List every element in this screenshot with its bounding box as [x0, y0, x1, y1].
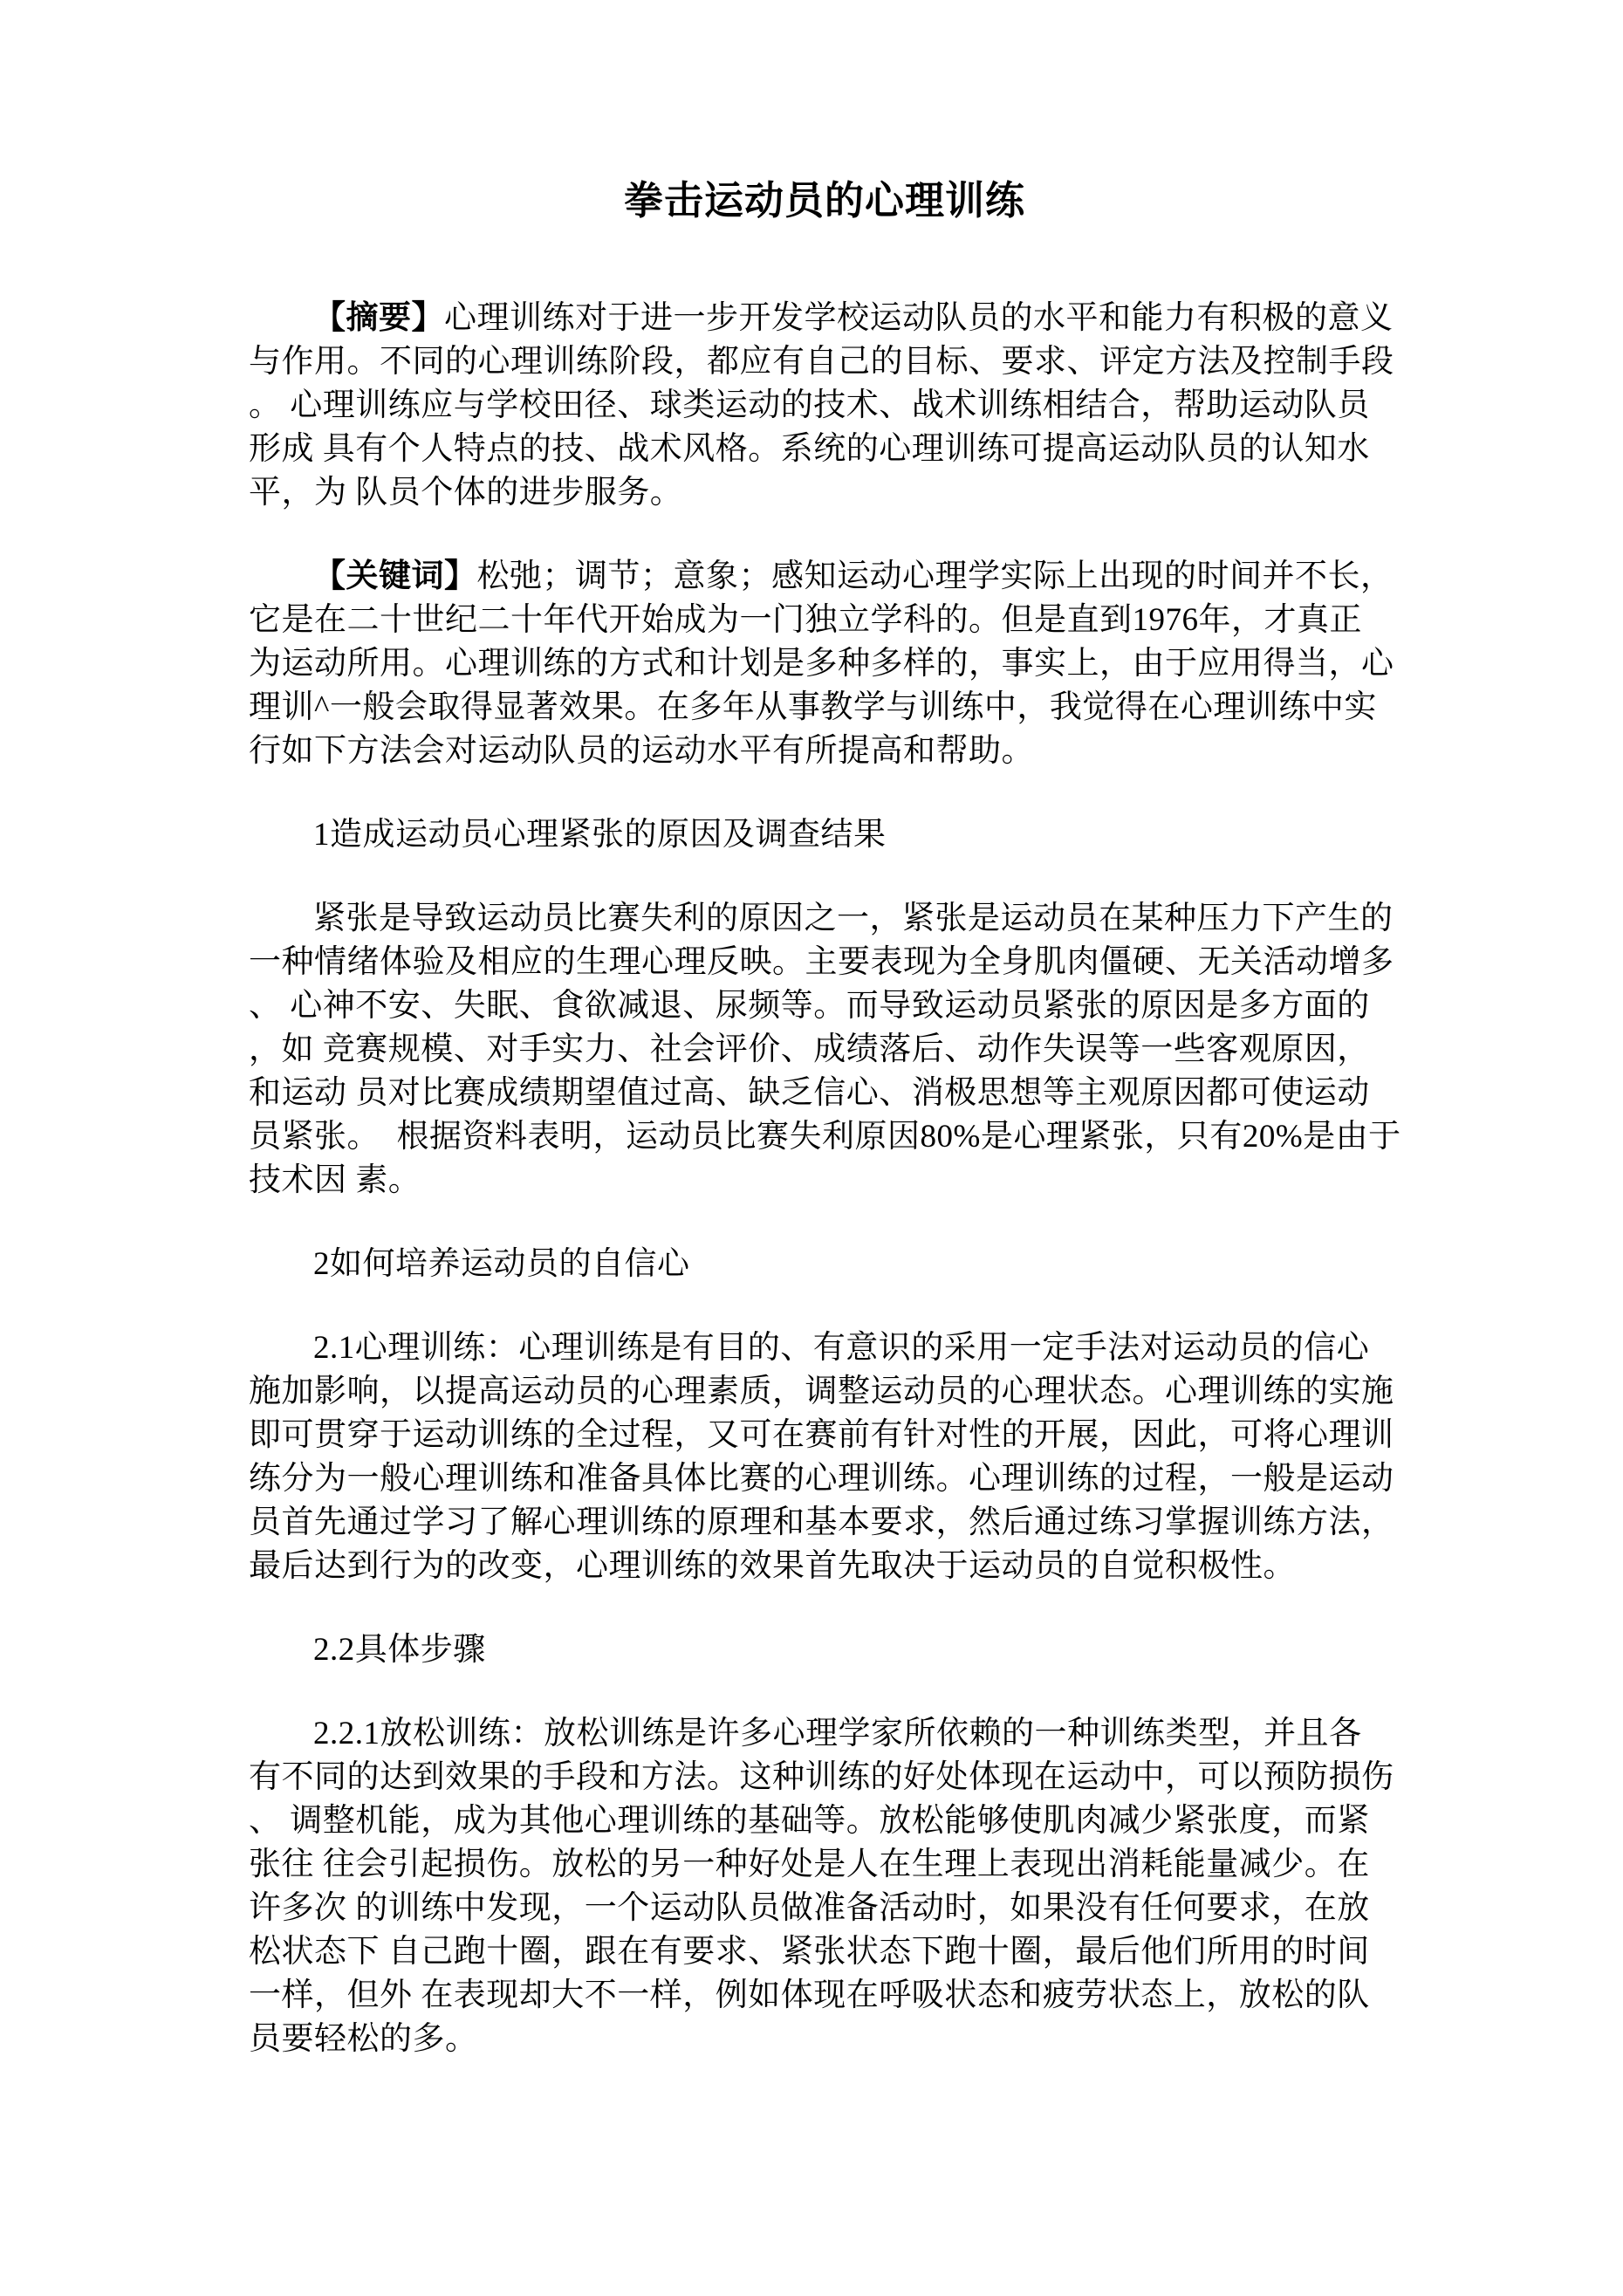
text-line: 一样，但外 在表现却大不一样，例如体现在呼吸状态和疲劳状态上，放松的队 — [249, 1974, 1400, 2018]
text-line: ，如 竞赛规模、对手实力、社会评价、成绩落后、动作失误等一些客观原因， — [249, 1028, 1400, 1072]
paragraph: 2.2.1放松训练：放松训练是许多心理学家所依赖的一种训练类型，并且各有不同的达… — [249, 1712, 1400, 2061]
text-line: 和运动 员对比赛成绩期望值过高、缺乏信心、消极思想等主观原因都可使运动 — [249, 1072, 1400, 1115]
text-line: 理训^一般会取得显著效果。在多年从事教学与训练中，我觉得在心理训练中实 — [249, 686, 1400, 730]
text-line: 【摘要】心理训练对于进一步开发学校运动队员的水平和能力有积极的意义 — [249, 297, 1400, 340]
text-line: 施加影响，以提高运动员的心理素质，调整运动员的心理状态。心理训练的实施 — [249, 1370, 1400, 1414]
text-line: 即可贯穿于运动训练的全过程，又可在赛前有针对性的开展，因此，可将心理训 — [249, 1414, 1400, 1457]
text-line: 技术因 素。 — [249, 1159, 1400, 1203]
text-line: 松状态下 自己跑十圈，跟在有要求、紧张状态下跑十圈，最后他们所用的时间 — [249, 1930, 1400, 1974]
section-heading: 1造成运动员心理紧张的原因及调查结果 — [249, 813, 1400, 857]
text-line: 2.2具体步骤 — [249, 1628, 1400, 1672]
text-line: 、 调整机能，成为其他心理训练的基础等。放松能够使肌肉减少紧张度，而紧 — [249, 1799, 1400, 1843]
text-line: 最后达到行为的改变，心理训练的效果首先取决于运动员的自觉积极性。 — [249, 1545, 1400, 1588]
text-line: 练分为一般心理训练和准备具体比赛的心理训练。心理训练的过程，一般是运动 — [249, 1457, 1400, 1501]
text-line: 【关键词】松弛；调节；意象；感知运动心理学实际上出现的时间并不长， — [249, 555, 1400, 599]
text-line: 员首先通过学习了解心理训练的原理和基本要求，然后通过练习掌握训练方法， — [249, 1501, 1400, 1545]
text-line: 形成 具有个人特点的技、战术风格。系统的心理训练可提高运动队员的认知水 — [249, 428, 1400, 471]
text-line: 员要轻松的多。 — [249, 2018, 1400, 2061]
text-line: 员紧张。 根据资料表明，运动员比赛失利原因80%是心理紧张，只有20%是由于 — [249, 1115, 1400, 1159]
text-line: 许多次 的训练中发现，一个运动队员做准备活动时，如果没有任何要求，在放 — [249, 1887, 1400, 1930]
section-heading: 2如何培养运动员的自信心 — [249, 1243, 1400, 1286]
text-line: 行如下方法会对运动队员的运动水平有所提高和帮助。 — [249, 730, 1400, 773]
text-line: 有不同的达到效果的手段和方法。这种训练的好处体现在运动中，可以预防损伤 — [249, 1756, 1400, 1799]
text-line: 2.2.1放松训练：放松训练是许多心理学家所依赖的一种训练类型，并且各 — [249, 1712, 1400, 1756]
paragraph: 【摘要】心理训练对于进一步开发学校运动队员的水平和能力有积极的意义与作用。不同的… — [249, 297, 1400, 515]
document-body: 【摘要】心理训练对于进一步开发学校运动队员的水平和能力有积极的意义与作用。不同的… — [249, 297, 1400, 2061]
text-line: 与作用。不同的心理训练阶段，都应有自己的目标、要求、评定方法及控制手段 — [249, 340, 1400, 384]
text-line: 为运动所用。心理训练的方式和计划是多种多样的，事实上，由于应用得当，心 — [249, 642, 1400, 686]
text-line: 紧张是导致运动员比赛失利的原因之一，紧张是运动员在某种压力下产生的 — [249, 897, 1400, 941]
paragraph: 【关键词】松弛；调节；意象；感知运动心理学实际上出现的时间并不长，它是在二十世纪… — [249, 555, 1400, 773]
paragraph: 2.1心理训练：心理训练是有目的、有意识的采用一定手法对运动员的信心施加影响，以… — [249, 1326, 1400, 1588]
text-line: 平，为 队员个体的进步服务。 — [249, 471, 1400, 515]
text-line: 1造成运动员心理紧张的原因及调查结果 — [249, 813, 1400, 857]
text-line: 、 心神不安、失眠、食欲减退、尿频等。而导致运动员紧张的原因是多方面的 — [249, 984, 1400, 1028]
text-line: 张往 往会引起损伤。放松的另一种好处是人在生理上表现出消耗能量减少。在 — [249, 1843, 1400, 1887]
document-title: 拳击运动员的心理训练 — [249, 0, 1400, 227]
bold-label: 【摘要】 — [313, 300, 444, 336]
bold-label: 【关键词】 — [313, 559, 477, 594]
paragraph: 紧张是导致运动员比赛失利的原因之一，紧张是运动员在某种压力下产生的一种情绪体验及… — [249, 897, 1400, 1203]
text-line: 一种情绪体验及相应的生理心理反映。主要表现为全身肌肉僵硬、无关活动增多 — [249, 941, 1400, 984]
document-page: 拳击运动员的心理训练 【摘要】心理训练对于进一步开发学校运动队员的水平和能力有积… — [0, 0, 1623, 2296]
text-line: 。 心理训练应与学校田径、球类运动的技术、战术训练相结合，帮助运动队员 — [249, 384, 1400, 428]
text-line: 它是在二十世纪二十年代开始成为一门独立学科的。但是直到1976年，才真正 — [249, 599, 1400, 642]
section-heading: 2.2具体步骤 — [249, 1628, 1400, 1672]
text-line: 2.1心理训练：心理训练是有目的、有意识的采用一定手法对运动员的信心 — [249, 1326, 1400, 1370]
text-line: 2如何培养运动员的自信心 — [249, 1243, 1400, 1286]
